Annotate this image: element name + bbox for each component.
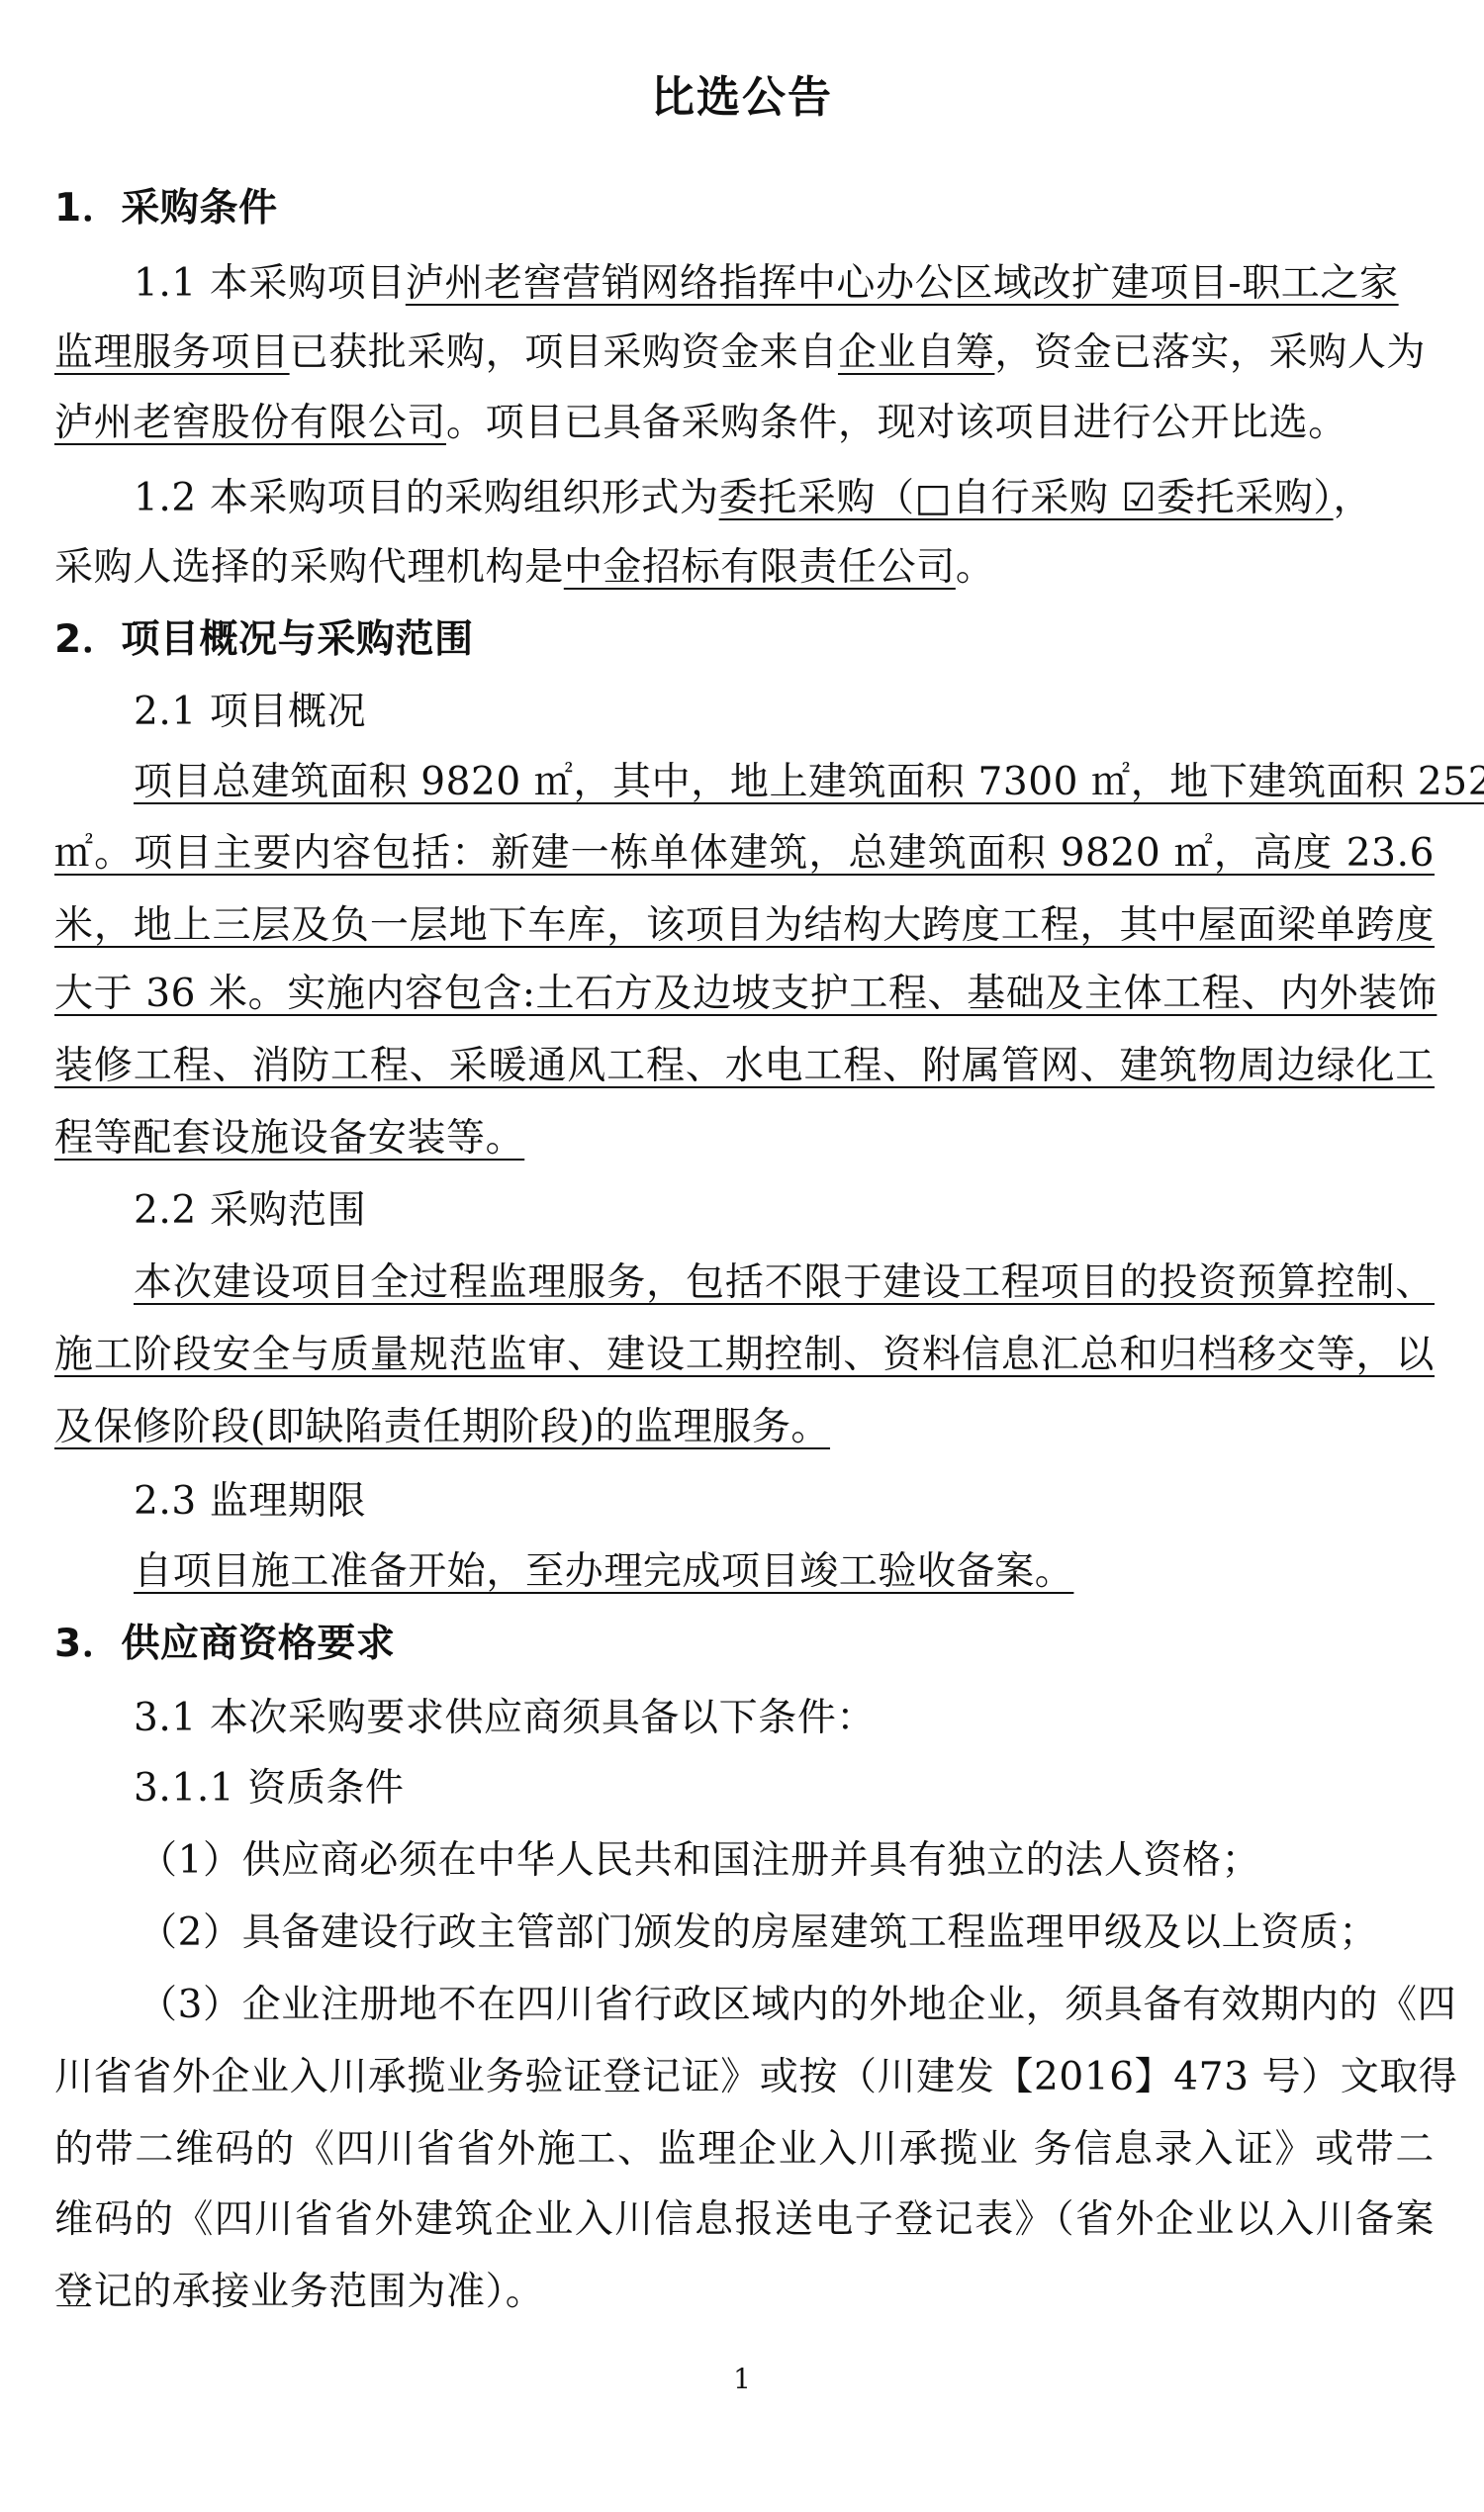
scope-line: 施工阶段安全与质量规范监审、建设工期控制、资料信息汇总和归档移交等，以: [54, 1326, 1435, 1385]
overview-line: 米，地上三层及负一层地下车库，该项目为结构大跨度工程，其中屋面梁单跨度: [54, 896, 1435, 956]
text: 自项目施工准备开始，至办理完成项目竣工验收备案。: [134, 1549, 1073, 1594]
section-3-1-text: 3.1 本次采购要求供应商须具备以下条件：: [134, 1689, 1435, 1748]
text: 已获批采购，项目采购资金来自: [290, 330, 838, 375]
text: 采购人选择的采购代理机构是: [54, 545, 564, 590]
section-1-heading: 1．采购条件: [54, 179, 1435, 238]
page-number: 1: [0, 2363, 1484, 2395]
section-2-2-heading: 2.2 采购范围: [134, 1181, 1435, 1241]
paragraph-1-2-line-1: 1.2 本采购项目的采购组织形式为委托采购（□自行采购 ☑委托采购），: [134, 469, 1435, 528]
scope-line: 本次建设项目全过程监理服务，包括不限于建设工程项目的投资预算控制、: [134, 1254, 1435, 1313]
page-title: 比选公告: [0, 61, 1484, 125]
procurement-form: 委托采购（□自行采购 ☑委托采购）: [719, 476, 1334, 520]
requirement-item: （2）具备建设行政主管部门颁发的房屋建筑工程监理甲级及以上资质；: [139, 1904, 1439, 1963]
term-line: 自项目施工准备开始，至办理完成项目竣工验收备案。: [134, 1542, 1435, 1602]
section-2-3-heading: 2.3 监理期限: [134, 1472, 1435, 1532]
overview-line: ㎡。项目主要内容包括：新建一栋单体建筑，总建筑面积 9820 ㎡，高度 23.6: [54, 824, 1435, 884]
scope-line-last: 及保修阶段(即缺陷责任期阶段)的监理服务。: [54, 1398, 1435, 1457]
text: ，: [1334, 476, 1373, 520]
purchaser-name: 泸州老窖股份有限公司: [54, 401, 446, 445]
text: 程等配套设施设备安装等。: [54, 1116, 524, 1161]
project-name-cont: 监理服务项目: [54, 330, 290, 375]
text: ，资金已落实，采购人为: [994, 330, 1426, 375]
text: 1.2 本采购项目的采购组织形式为: [134, 476, 719, 520]
agency-name: 中金招标有限责任公司: [564, 545, 956, 590]
document-page: 比选公告 1．采购条件 1.1 本采购项目泸州老窖营销网络指挥中心办公区域改扩建…: [0, 0, 1484, 2512]
requirement-item-cont: 川省省外企业入川承揽业务验证登记证》或按（川建发【2016】473 号）文取得: [54, 2048, 1435, 2107]
text: 。项目已具备采购条件，现对该项目进行公开比选。: [446, 401, 1347, 445]
overview-line-last: 程等配套设施设备安装等。: [54, 1109, 1435, 1168]
requirement-item-cont: 登记的承接业务范围为准）。: [54, 2263, 1435, 2322]
funding-source: 企业自筹: [838, 330, 994, 375]
text: 及保修阶段(即缺陷责任期阶段)的监理服务。: [54, 1405, 830, 1449]
overview-line: 项目总建筑面积 9820 ㎡，其中，地上建筑面积 7300 ㎡，地下建筑面积 2…: [134, 753, 1435, 812]
section-3-1-1-heading: 3.1.1 资质条件: [134, 1759, 1435, 1818]
paragraph-1-1-line-1: 1.1 本采购项目泸州老窖营销网络指挥中心办公区域改扩建项目-职工之家: [134, 254, 1435, 314]
requirement-item-cont: 的带二维码的《四川省省外施工、监理企业入川承揽业 务信息录入证》或带二: [54, 2120, 1435, 2180]
paragraph-1-1-line-2: 监理服务项目已获批采购，项目采购资金来自企业自筹，资金已落实，采购人为: [54, 324, 1435, 383]
section-2-heading: 2．项目概况与采购范围: [54, 610, 1435, 670]
overview-line: 大于 36 米。实施内容包含:土石方及边坡支护工程、基础及主体工程、内外装饰: [54, 965, 1435, 1024]
section-2-1-heading: 2.1 项目概况: [134, 683, 1435, 742]
text: 。: [956, 545, 995, 590]
requirement-item-cont: 维码的《四川省省外建筑企业入川信息报送电子登记表》（省外企业以入川备案: [54, 2190, 1435, 2250]
section-3-heading: 3．供应商资格要求: [54, 1615, 1435, 1674]
paragraph-1-1-line-3: 泸州老窖股份有限公司。项目已具备采购条件，现对该项目进行公开比选。: [54, 394, 1435, 453]
requirement-item: （1）供应商必须在中华人民共和国注册并具有独立的法人资格；: [139, 1831, 1439, 1891]
overview-line: 装修工程、消防工程、采暖通风工程、水电工程、附属管网、建筑物周边绿化工: [54, 1037, 1435, 1096]
requirement-item: （3）企业注册地不在四川省行政区域内的外地企业，须具备有效期内的《四: [139, 1976, 1435, 2035]
project-name: 泸州老窖营销网络指挥中心办公区域改扩建项目-职工之家: [406, 261, 1399, 306]
paragraph-1-2-line-2: 采购人选择的采购代理机构是中金招标有限责任公司。: [54, 538, 1435, 598]
text: 1.1 本采购项目: [134, 261, 406, 306]
